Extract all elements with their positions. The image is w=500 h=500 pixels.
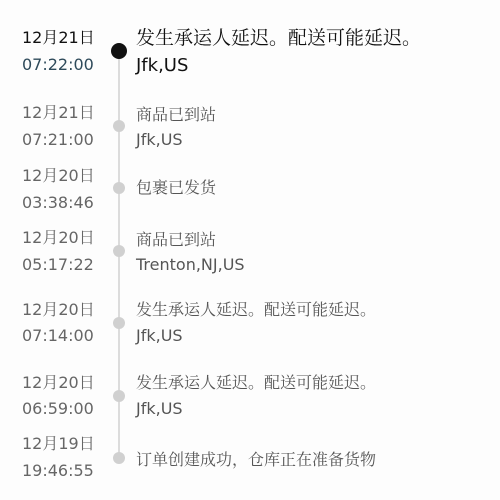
event-time: 06:59:00: [22, 399, 94, 419]
event-location: Jfk,US: [136, 55, 188, 77]
status-dot-icon: [113, 245, 125, 257]
event-location: Trenton,NJ,US: [136, 255, 245, 275]
status-dot-icon: [113, 452, 125, 464]
event-location: Jfk,US: [136, 399, 183, 419]
event-status: 订单创建成功，仓库正在准备货物: [136, 450, 376, 470]
event-time: 03:38:46: [22, 193, 94, 213]
event-status: 商品已到站: [136, 105, 216, 125]
event-status: 发生承运人延迟。配送可能延迟。: [136, 300, 376, 320]
status-dot-icon: [113, 317, 125, 329]
event-status: 包裹已发货: [136, 178, 216, 198]
event-location: Jfk,US: [136, 326, 183, 346]
event-date: 12月21日: [22, 103, 95, 123]
event-time: 07:14:00: [22, 326, 94, 346]
event-date: 12月20日: [22, 166, 95, 186]
tracking-timeline: 12月21日 07:22:00 发生承运人延迟。配送可能延迟。 Jfk,US 1…: [0, 0, 500, 500]
event-status: 发生承运人延迟。配送可能延迟。: [136, 373, 376, 393]
event-time: 05:17:22: [22, 255, 94, 275]
event-date: 12月20日: [22, 373, 95, 393]
event-status: 商品已到站: [136, 230, 216, 250]
event-location: Jfk,US: [136, 130, 183, 150]
status-dot-icon: [113, 390, 125, 402]
event-status: 发生承运人延迟。配送可能延迟。: [136, 26, 421, 50]
status-dot-icon: [113, 182, 125, 194]
event-time: 19:46:55: [22, 461, 94, 481]
event-date: 12月19日: [22, 434, 95, 454]
event-time: 07:21:00: [22, 130, 94, 150]
status-dot-icon: [113, 120, 125, 132]
event-date: 12月20日: [22, 300, 95, 320]
event-date: 12月20日: [22, 228, 95, 248]
event-time: 07:22:00: [22, 55, 94, 75]
current-status-dot-icon: [111, 43, 127, 59]
event-date: 12月21日: [22, 28, 95, 48]
